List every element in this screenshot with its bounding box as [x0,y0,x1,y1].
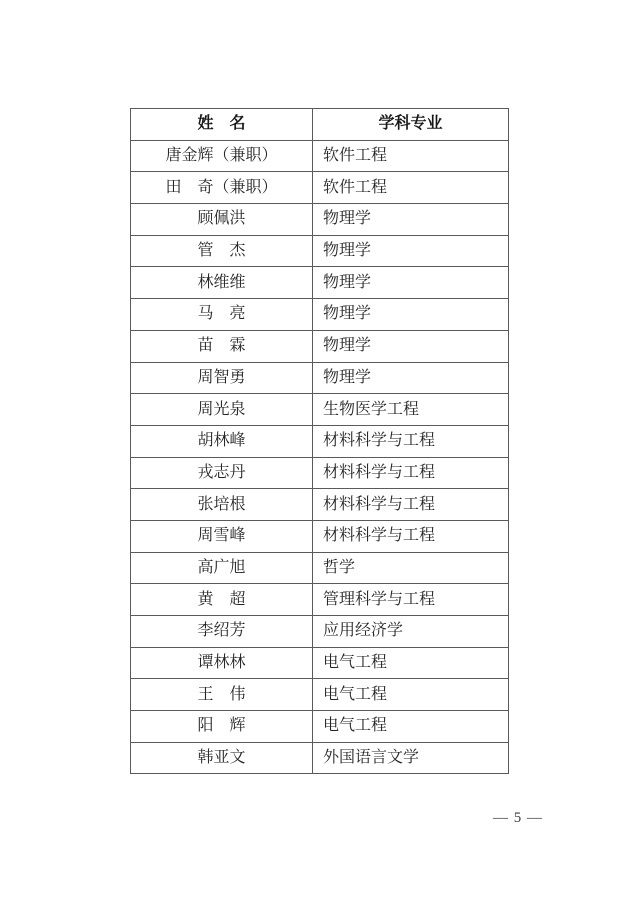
name-cell: 王 伟 [131,679,313,711]
major-cell: 电气工程 [313,679,509,711]
major-cell: 物理学 [313,330,509,362]
name-cell: 黄 超 [131,584,313,616]
column-header-name: 姓 名 [131,109,313,141]
major-cell: 应用经济学 [313,616,509,648]
name-cell: 周光泉 [131,394,313,426]
table-row: 周雪峰材料科学与工程 [131,520,509,552]
major-cell: 电气工程 [313,647,509,679]
table-row: 高广旭哲学 [131,552,509,584]
name-cell: 戎志丹 [131,457,313,489]
page-number: — 5 — [493,810,543,827]
name-cell: 管 杰 [131,235,313,267]
table-body: 唐金辉（兼职）软件工程田 奇（兼职）软件工程顾佩洪物理学管 杰物理学林维维物理学… [131,140,509,774]
major-cell: 物理学 [313,362,509,394]
name-cell: 林维维 [131,267,313,299]
table-row: 韩亚文外国语言文学 [131,742,509,774]
major-cell: 生物医学工程 [313,394,509,426]
table-row: 胡林峰材料科学与工程 [131,425,509,457]
major-cell: 物理学 [313,235,509,267]
name-cell: 谭林林 [131,647,313,679]
major-cell: 外国语言文学 [313,742,509,774]
table-row: 马 亮物理学 [131,299,509,331]
name-cell: 周智勇 [131,362,313,394]
document-page: 姓 名 学科专业 唐金辉（兼职）软件工程田 奇（兼职）软件工程顾佩洪物理学管 杰… [0,0,640,905]
table-header-row: 姓 名 学科专业 [131,109,509,141]
table-row: 黄 超管理科学与工程 [131,584,509,616]
major-cell: 物理学 [313,299,509,331]
faculty-roster-table: 姓 名 学科专业 唐金辉（兼职）软件工程田 奇（兼职）软件工程顾佩洪物理学管 杰… [130,108,509,774]
major-cell: 材料科学与工程 [313,520,509,552]
name-cell: 马 亮 [131,299,313,331]
table-row: 阳 辉电气工程 [131,711,509,743]
name-cell: 李绍芳 [131,616,313,648]
major-cell: 物理学 [313,267,509,299]
major-cell: 物理学 [313,204,509,236]
major-cell: 软件工程 [313,172,509,204]
major-cell: 软件工程 [313,140,509,172]
table-row: 田 奇（兼职）软件工程 [131,172,509,204]
table-row: 管 杰物理学 [131,235,509,267]
major-cell: 电气工程 [313,711,509,743]
name-cell: 韩亚文 [131,742,313,774]
name-cell: 胡林峰 [131,425,313,457]
name-cell: 高广旭 [131,552,313,584]
name-cell: 苗 霖 [131,330,313,362]
table-row: 苗 霖物理学 [131,330,509,362]
name-cell: 田 奇（兼职） [131,172,313,204]
column-header-major: 学科专业 [313,109,509,141]
table-row: 周光泉生物医学工程 [131,394,509,426]
table-row: 张培根材料科学与工程 [131,489,509,521]
name-cell: 周雪峰 [131,520,313,552]
table-row: 王 伟电气工程 [131,679,509,711]
table-row: 周智勇物理学 [131,362,509,394]
major-cell: 哲学 [313,552,509,584]
major-cell: 管理科学与工程 [313,584,509,616]
name-cell: 阳 辉 [131,711,313,743]
name-cell: 顾佩洪 [131,204,313,236]
table-row: 谭林林电气工程 [131,647,509,679]
table-row: 唐金辉（兼职）软件工程 [131,140,509,172]
major-cell: 材料科学与工程 [313,489,509,521]
table-row: 顾佩洪物理学 [131,204,509,236]
table-row: 李绍芳应用经济学 [131,616,509,648]
major-cell: 材料科学与工程 [313,425,509,457]
table-row: 林维维物理学 [131,267,509,299]
major-cell: 材料科学与工程 [313,457,509,489]
name-cell: 唐金辉（兼职） [131,140,313,172]
table-row: 戎志丹材料科学与工程 [131,457,509,489]
name-cell: 张培根 [131,489,313,521]
